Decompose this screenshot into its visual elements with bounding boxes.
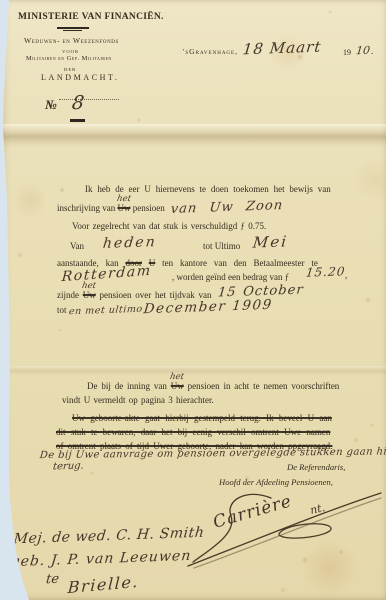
handwritten-amount: 15.20 <box>305 264 346 279</box>
number-dash <box>70 119 85 122</box>
dateline-century: 19 <box>343 48 351 57</box>
address-place-handwritten: Brielle. <box>67 572 139 597</box>
body-paragraph1-line1: Ik heb de eer U hiernevens te doen toeko… <box>85 184 331 194</box>
document-page: MINISTERIE VAN FINANCIËN. Weduwen- en We… <box>0 0 386 600</box>
body-paragraph2: Voor zegelrecht van dat stuk is verschul… <box>72 221 266 231</box>
letterhead-rule-bottom <box>63 30 82 31</box>
body-paragraph3-tot-ultimo: tot Ultimo <box>203 241 240 251</box>
printed-segment: ten kantore van den Betaalmeester te <box>162 258 318 268</box>
signature-name: Carrière <box>211 491 294 533</box>
struck-word: Uw <box>171 381 184 391</box>
handwritten-en-met-ultimo: en met ultimo <box>68 304 143 318</box>
inserted-word-handwritten: het <box>169 372 185 382</box>
letterhead-landmacht: LANDMACHT. <box>41 73 120 82</box>
body-paragraph3-van: Van <box>70 241 84 251</box>
handwritten-addition: van Uw Zoon <box>170 198 284 217</box>
inserted-word-handwritten: het <box>116 194 132 204</box>
fold-crease <box>0 124 386 148</box>
body-paragraph5-comma: , <box>345 270 347 280</box>
dateline-period: . <box>371 46 373 56</box>
number-dotted-line <box>59 99 119 100</box>
printed-segment: tot <box>57 305 67 315</box>
struck-paragraph-line2: dit stuk te bewaren, daar het bij eenig … <box>56 427 330 437</box>
struck-word: Uw <box>83 290 96 300</box>
body-paragraph7: tot en met ultimo December 1909 <box>57 301 273 317</box>
printed-segment: pensioen <box>133 203 165 213</box>
struck-paragraph-line1: Uw geboorte-akte gaat hierbij gestempeld… <box>72 413 332 423</box>
closing-title-referendaris: De Referendaris, <box>287 462 345 472</box>
handwritten-note-line2: terug. <box>52 460 84 472</box>
letterhead-ministry: MINISTERIE VAN FINANCIËN. <box>18 12 164 22</box>
printed-segment: inschrijving van <box>57 203 115 213</box>
body-paragraph1-line2: inschrijving van Uw het pensioen van Uw … <box>57 200 283 215</box>
letterhead-rule-top <box>57 27 89 29</box>
number-sign: № <box>45 97 57 113</box>
correction-uw-het: Uw het <box>83 290 96 300</box>
printed-segment: pensioen in acht te nemen voorschriften <box>188 381 340 391</box>
body-paragraph8-line1: De bij de inning van Uw het pensioen in … <box>87 381 339 391</box>
signature-flourish: Carrière nt. <box>183 486 385 576</box>
letterhead-der: der <box>64 67 76 72</box>
address-te-handwritten: te <box>45 572 60 587</box>
scan-background: MINISTERIE VAN FINANCIËN. Weduwen- en We… <box>0 0 386 600</box>
printed-segment: zijnde <box>57 290 79 300</box>
printed-segment: De bij de inning van <box>87 381 167 391</box>
struck-word: Uw <box>118 203 131 213</box>
dateline-place: 'sGravenhage, <box>183 47 238 56</box>
number-value-handwritten: 8 <box>71 92 85 114</box>
letterhead-fund-name: Weduwen- en Weezenfonds <box>24 36 119 45</box>
letterhead-voor: voor <box>62 49 79 54</box>
body-paragraph8-line2: vindt U vermeldt op pagina 3 hierachter. <box>62 395 214 405</box>
handwritten-period-end: December 1909 <box>143 297 274 317</box>
correction-uw-het: Uw het <box>171 381 184 391</box>
address-line2-handwritten: geb. J. P. van Leeuwen <box>10 548 192 570</box>
fold-crease-faint <box>0 366 386 375</box>
letterhead-militairen: Militairen en Gep. Militairen <box>26 55 112 62</box>
handwritten-heden: heden <box>102 234 157 252</box>
address-line1-handwritten: Mej. de wed. C. H. Smith <box>13 525 205 548</box>
dateline-year-handwritten: 10 <box>355 44 370 57</box>
body-paragraph5-printed: , worden geïnd een bedrag van ƒ <box>172 272 289 282</box>
correction-uw-het: Uw het <box>118 203 131 213</box>
inserted-word-handwritten: het <box>81 281 97 291</box>
signature-suffix: nt. <box>309 501 326 517</box>
handwritten-mei: Mei <box>252 232 289 251</box>
dateline-day-month-handwritten: 18 Maart <box>242 38 323 59</box>
